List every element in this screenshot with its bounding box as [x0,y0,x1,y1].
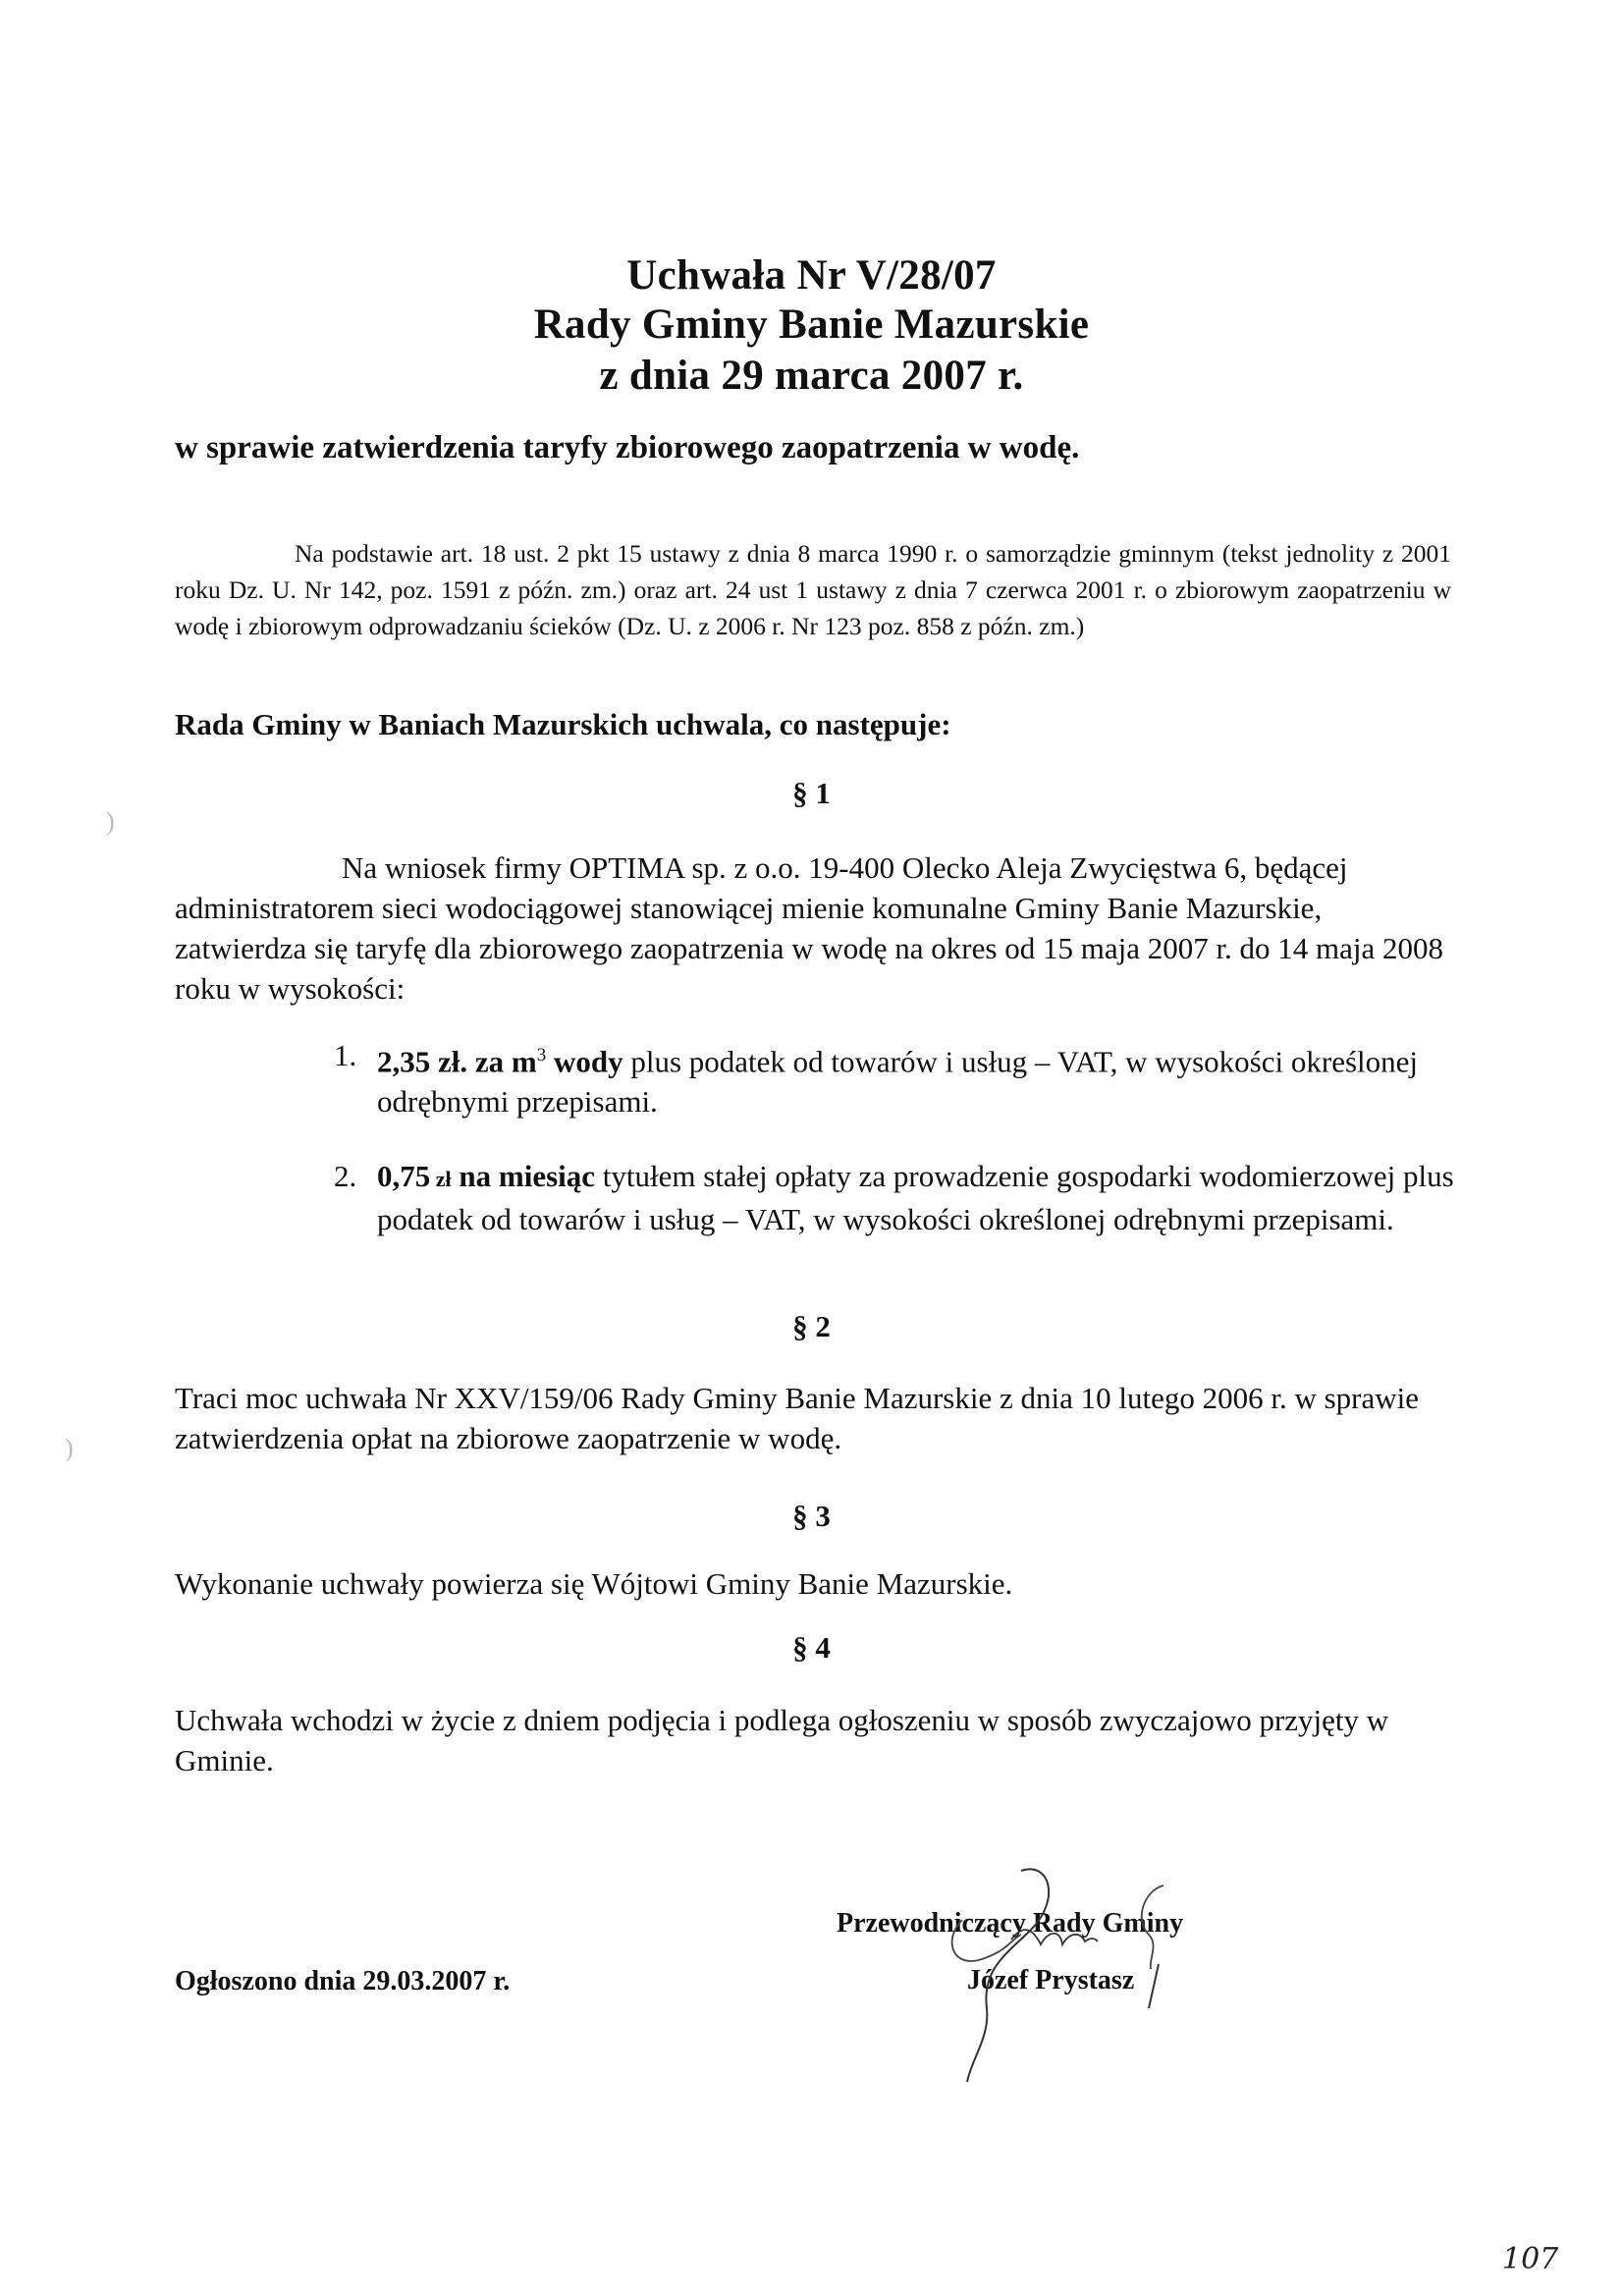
legal-basis-text: Na podstawie art. 18 ust. 2 pkt 15 ustaw… [175,539,1451,640]
section-heading-2: § 2 [0,1309,1623,1344]
water-price: 2,35 zł. za m [377,1044,537,1078]
handwritten-page-number: 107 [1502,2242,1558,2276]
section-text-1: Na wniosek firmy OPTIMA sp. z o.o. 19-40… [175,847,1451,1009]
margin-mark: ) [106,807,115,837]
resolution-date: z dnia 29 marca 2007 r. [0,348,1623,405]
margin-mark: ) [65,1434,74,1463]
section-heading-1: § 1 [0,776,1623,811]
section-text-3: Wykonanie uchwały powierza się Wójtowi G… [175,1563,1451,1604]
resolves-statement: Rada Gminy w Baniach Mazurskich uchwala,… [175,707,951,742]
section-1-body: Na wniosek firmy OPTIMA sp. z o.o. 19-40… [175,850,1443,1006]
meter-fee-suffix: na miesiąc [452,1159,595,1193]
cubic-superscript: 3 [537,1045,547,1066]
section-heading-4: § 4 [0,1630,1623,1666]
section-text-2: Traci moc uchwała Nr XXV/159/06 Rady Gmi… [175,1378,1451,1458]
section-heading-3: § 3 [0,1499,1623,1534]
item-number: 1. [334,1035,356,1075]
resolution-subject: w sprawie zatwierdzenia taryfy zbioroweg… [175,430,1079,466]
water-price-suffix: wody [546,1044,622,1078]
section-text-4: Uchwała wchodzi w życie z dniem podjęcia… [175,1700,1451,1780]
council-name: Rady Gminy Banie Mazurskie [0,297,1623,354]
tariff-item-2: 2. 0,75 zł na miesiąc tytułem stałej opł… [334,1156,1463,1239]
tariff-item-1: 1. 2,35 zł. za m3 wody plus podatek od t… [334,1035,1463,1121]
announcement-date: Ogłoszono dnia 29.03.2007 r. [175,1966,510,1997]
legal-basis: Na podstawie art. 18 ust. 2 pkt 15 ustaw… [175,535,1451,644]
handwritten-signature-icon [913,1861,1208,2087]
item-number: 2. [334,1156,356,1196]
meter-fee-unit: zł [430,1167,451,1191]
meter-fee: 0,75 [377,1159,430,1193]
